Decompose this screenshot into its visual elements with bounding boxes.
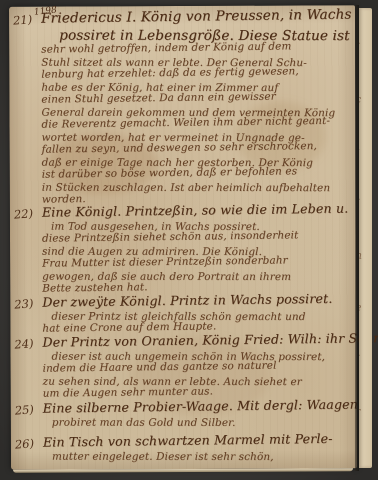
handwritten-line: lenburg hat erzehlet: daß da es fertig g…	[41, 65, 347, 82]
handwritten-line: Der zweÿte Königl. Printz in Wachs possi…	[42, 291, 348, 311]
entry-23: 23) Der zweÿte Königl. Printz in Wachs p…	[14, 293, 348, 335]
handwritten-line: Eine silberne Probier-Waage. Mit dergl: …	[43, 397, 349, 417]
entry-number: 25)	[14, 402, 41, 418]
handwritten-line: probiret man das Gold und Silber.	[52, 416, 349, 429]
entry-24: 24) Der Printz von Oranien, König Fried:…	[14, 333, 348, 400]
entry-25-text: Eine silberne Probier-Waage. Mit dergl: …	[43, 399, 349, 428]
entry-number: 23)	[14, 296, 41, 312]
handwritten-line: ist darüber so böse worden, daß er befoh…	[42, 165, 348, 182]
handwritten-line: einen Stuhl gesetzet. Da dann ein gewiss…	[41, 90, 347, 107]
adjacent-page-text-fragments: ʃ c t ʃ n e ʃ r	[359, 22, 372, 438]
entry-22: 22) Eine Königl. Printzeßin, so wie die …	[14, 203, 348, 295]
handwritten-line: Der Printz von Oranien, König Fried: Wil…	[42, 331, 348, 351]
entry-number: 22)	[13, 206, 40, 222]
manuscript-page: 21) 1198 Friedericus I. König von Preuss…	[9, 5, 357, 470]
adjacent-page-sliver: ʃ c t ʃ n e ʃ r	[359, 8, 372, 468]
handwritten-line: mutter eingeleget. Dieser ist sehr schön…	[52, 450, 349, 463]
entry-24-text: Der Printz von Oranien, König Fried: Wil…	[42, 333, 348, 400]
handwritten-line: Friedericus I. König von Preussen, in Wa…	[41, 7, 347, 28]
entry-22-text: Eine Königl. Printzeßin, so wie die im L…	[42, 203, 348, 295]
handwritten-line: diese Printzeßin siehet schön aus, inson…	[42, 229, 348, 246]
entry-26: 26) Ein Tisch von schwartzen Marmel mit …	[15, 433, 349, 462]
entry-21-text: Friedericus I. König von Preussen, in Wa…	[41, 9, 348, 206]
handwritten-line: indem die Haare und das gantze so nature…	[42, 359, 348, 376]
entry-23-text: Der zweÿte Königl. Printz in Wachs possi…	[42, 293, 348, 335]
entry-26-text: Ein Tisch von schwartzen Marmel mit Perl…	[43, 433, 349, 462]
entry-21: 21) 1198 Friedericus I. König von Preuss…	[13, 9, 348, 206]
entry-number: 24)	[14, 336, 41, 352]
handwritten-line: fallen zu seyn, und deswegen so sehr ers…	[42, 140, 348, 157]
handwritten-line: Ein Tisch von schwartzen Marmel mit Perl…	[43, 431, 349, 451]
handwritten-line: Frau Mutter ist dieser Printzeßin sonder…	[42, 254, 348, 271]
handwritten-line: die Reverentz gemacht. Weilen ihm aber n…	[41, 115, 347, 132]
scan-background: 21) 1198 Friedericus I. König von Preuss…	[0, 0, 378, 480]
entry-number: 26)	[14, 436, 41, 452]
entry-25: 25) Eine silberne Probier-Waage. Mit der…	[15, 399, 349, 428]
handwritten-line: sehr wohl getroffen, indem der König auf…	[41, 40, 347, 57]
handwritten-line: Eine Königl. Printzeßin, so wie die im L…	[42, 201, 348, 221]
